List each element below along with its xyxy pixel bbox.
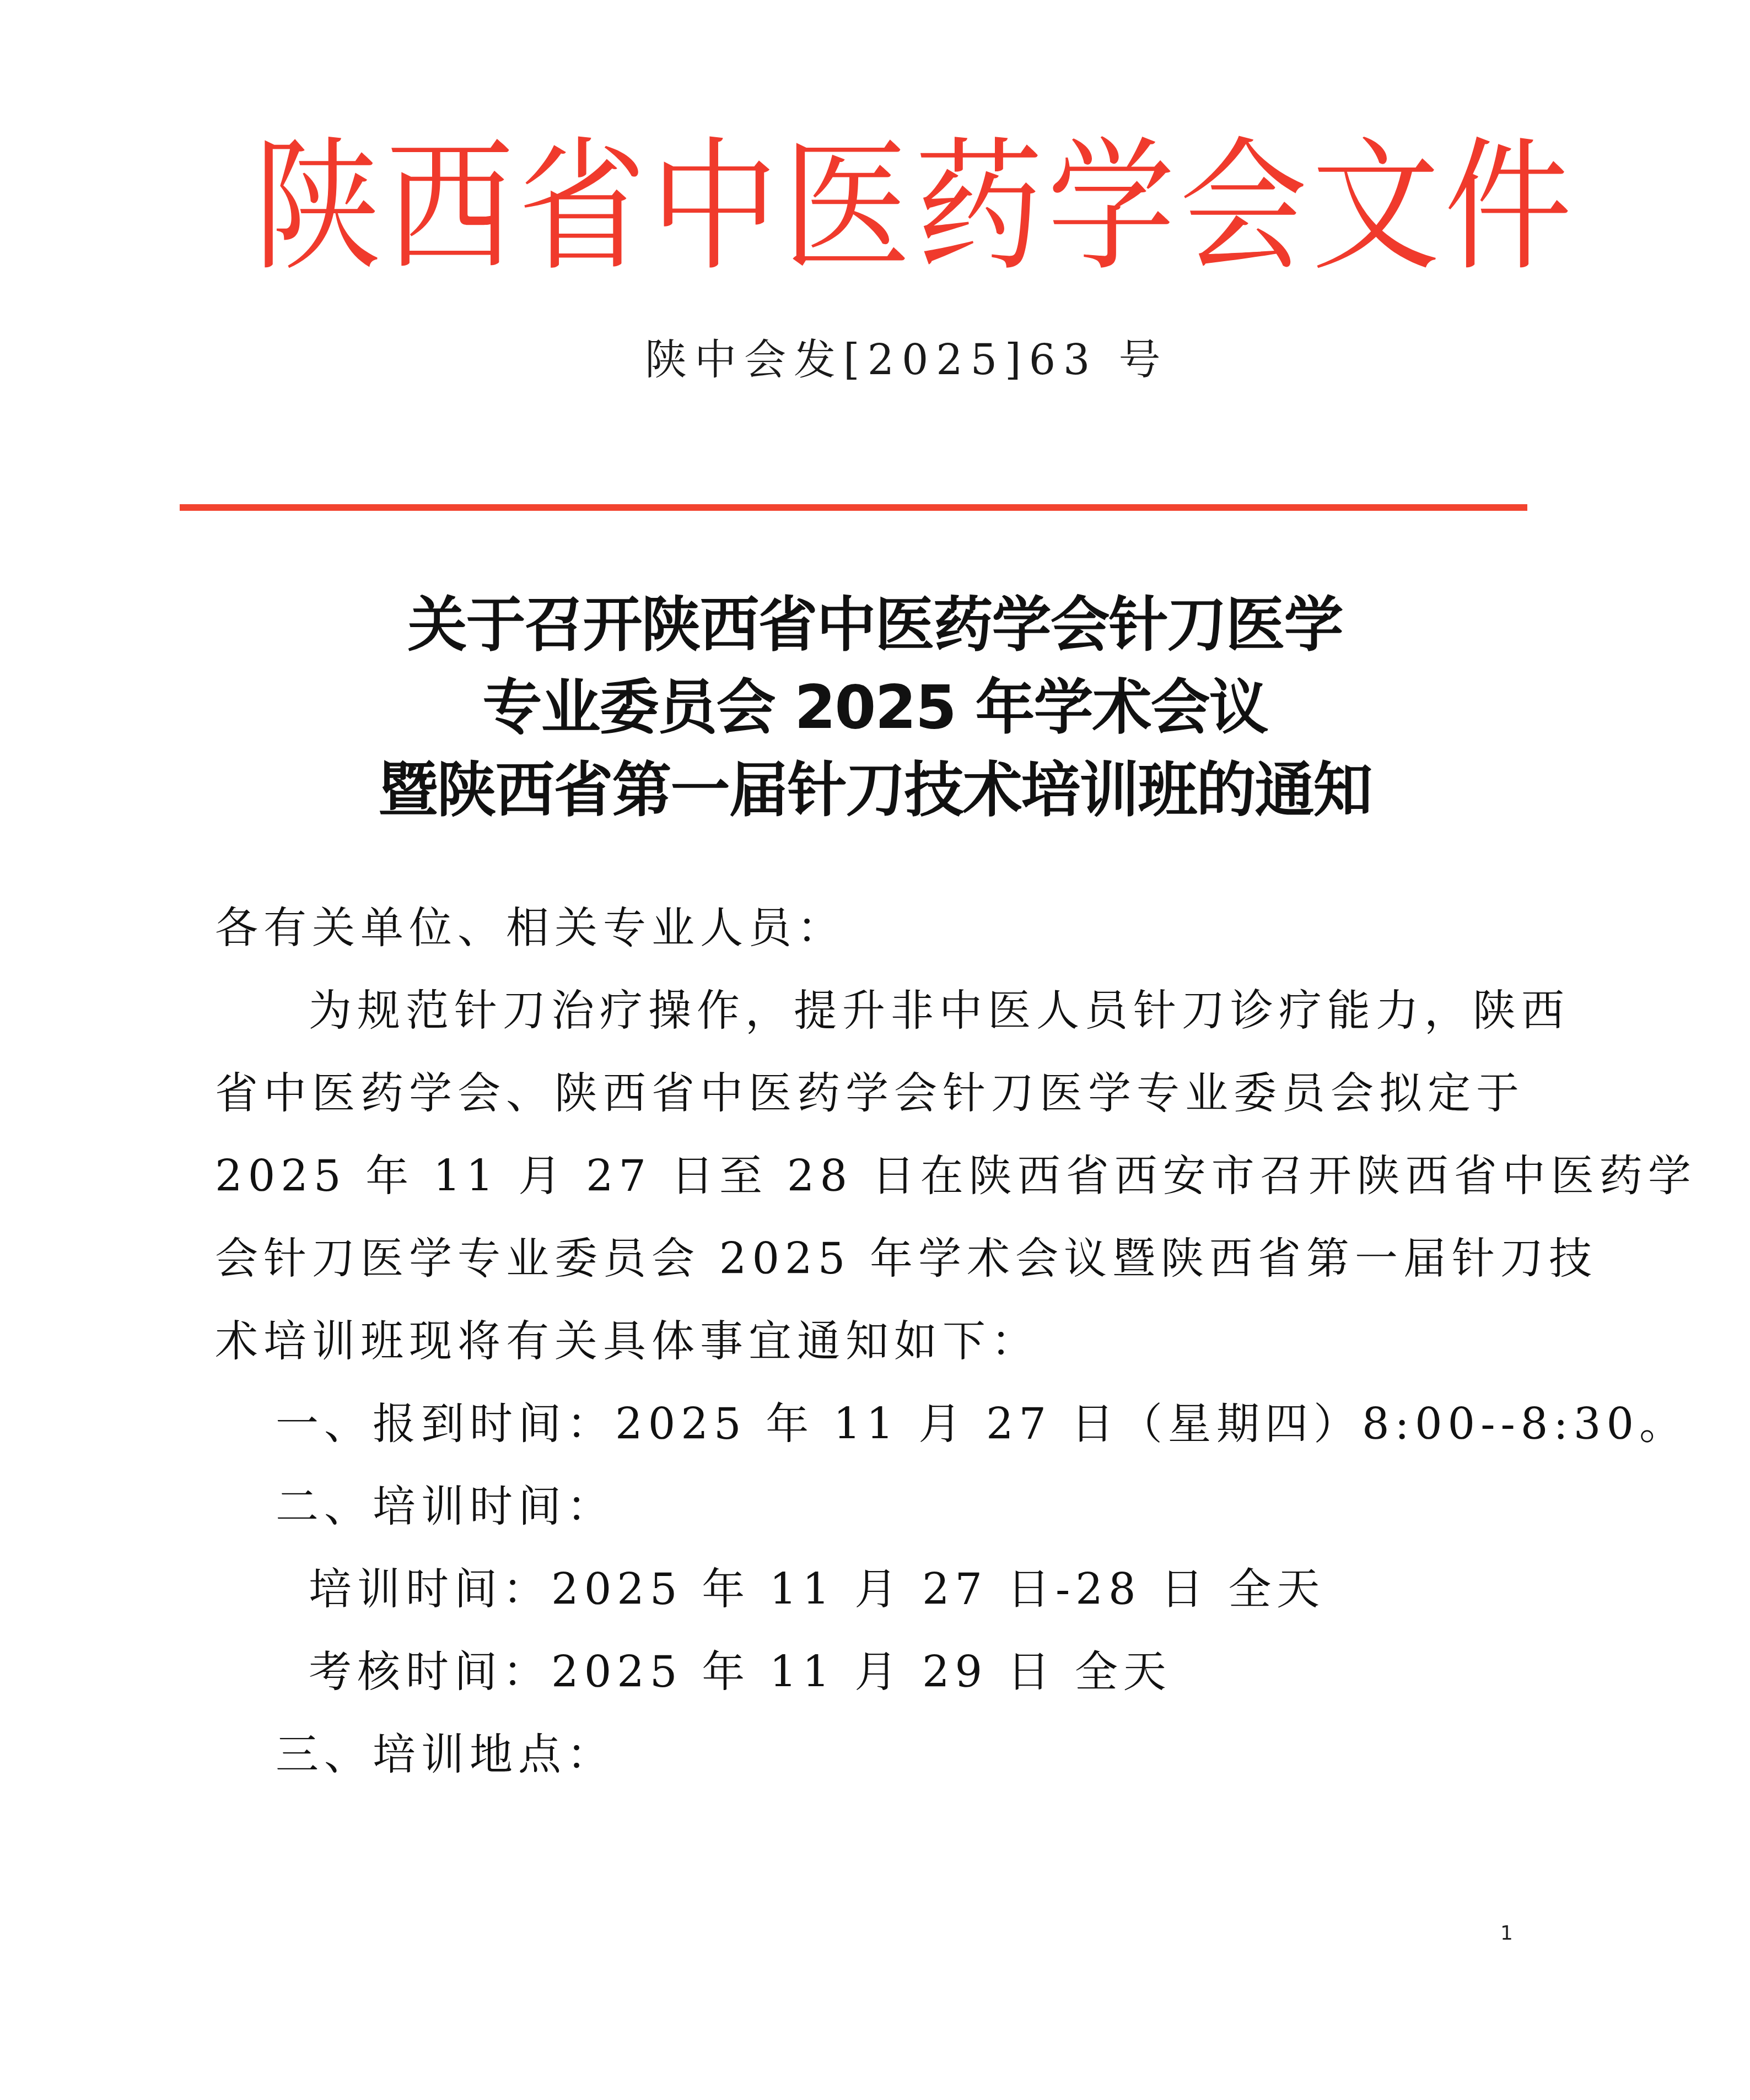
title-line-3: 暨陕西省第一届针刀技术培训班的通知 <box>0 749 1750 832</box>
red-divider <box>180 504 1527 511</box>
intro-line-5: 术培训班现将有关具体事宜通知如下： <box>215 1300 1040 1383</box>
title-line-1: 关于召开陕西省中医药学会针刀医学 <box>0 584 1750 667</box>
salutation: 各有关单位、相关专业人员： <box>215 887 846 970</box>
section-registration-time: 一、报到时间：2025 年 11 月 27 日（星期四）8:00--8:30。 <box>276 1383 1688 1466</box>
intro-line-2: 省中医药学会、陕西省中医药学会针刀医学专业委员会拟定于 <box>215 1052 1525 1135</box>
organization-header: 陕西省中医药学会文件 <box>254 127 1488 287</box>
intro-line-1: 为规范针刀治疗操作，提升非中医人员针刀诊疗能力，陕西 <box>309 970 1570 1052</box>
document-title: 关于召开陕西省中医药学会针刀医学 专业委员会 2025 年学术会议 暨陕西省第一… <box>0 584 1750 832</box>
intro-line-3: 2025 年 11 月 27 日至 28 日在陕西省西安市召开陕西省中医药学 <box>215 1135 1697 1218</box>
section-training-time-heading: 二、培训时间： <box>276 1466 615 1548</box>
page-number: 1 <box>1500 1922 1513 1945</box>
section-training-location-heading: 三、培训地点： <box>276 1714 615 1796</box>
intro-line-4: 会针刀医学专业委员会 2025 年学术会议暨陕西省第一届针刀技 <box>215 1218 1597 1300</box>
training-time-item: 培训时间：2025 年 11 月 27 日-28 日 全天 <box>309 1548 1325 1631</box>
exam-time-item: 考核时间：2025 年 11 月 29 日 全天 <box>309 1631 1172 1714</box>
document-page: 陕西省中医药学会文件 陕中会发[2025]63 号 关于召开陕西省中医药学会针刀… <box>0 0 1750 2100</box>
title-line-2: 专业委员会 2025 年学术会议 <box>0 667 1750 749</box>
document-number: 陕中会发[2025]63 号 <box>645 330 1169 390</box>
